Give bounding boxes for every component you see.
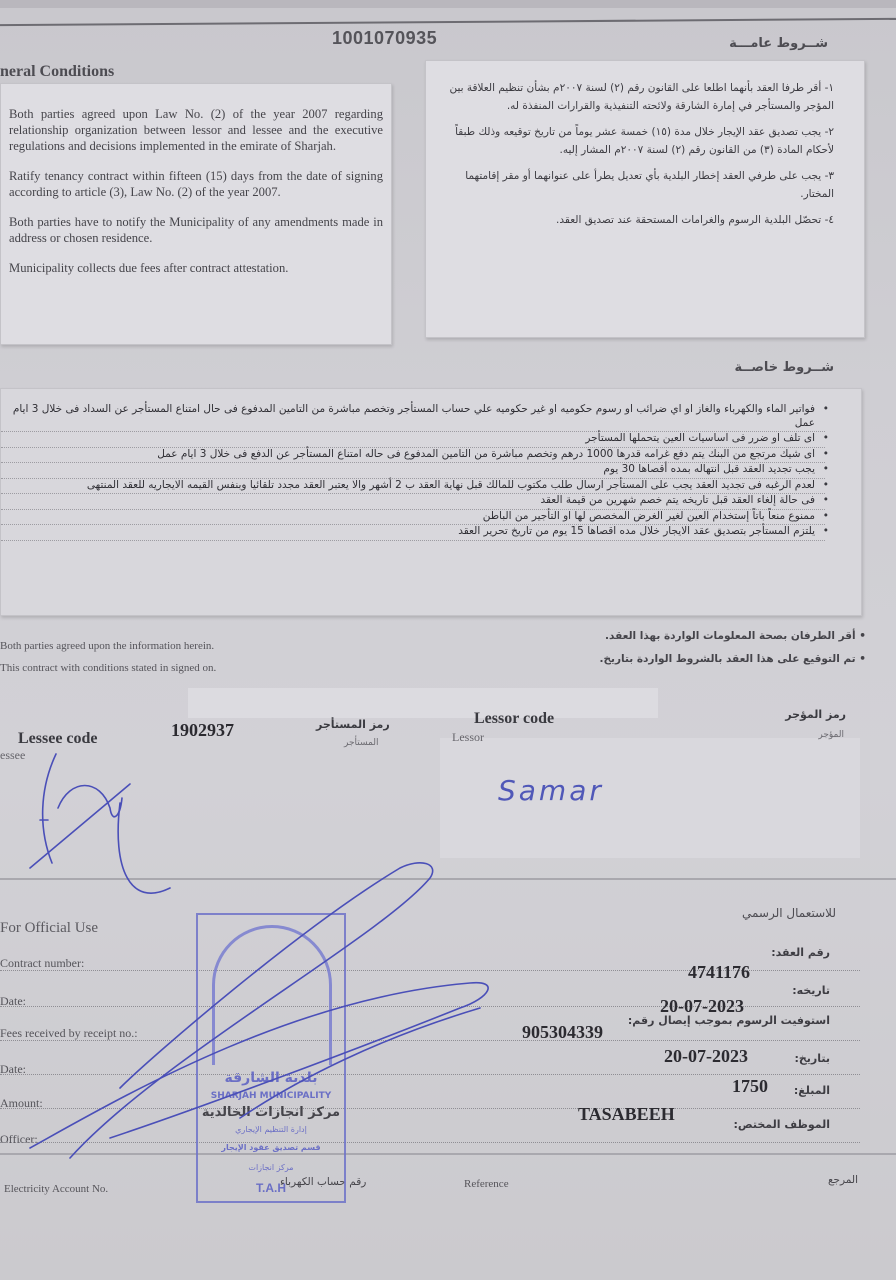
electricity-account-label: Electricity Account No. — [4, 1183, 108, 1195]
general-condition-en-4: Municipality collects due fees after con… — [9, 260, 383, 276]
reference-label: Reference — [464, 1178, 509, 1190]
contract-number-value: 4741176 — [688, 962, 750, 983]
dotted-line — [0, 1074, 860, 1075]
lessee-label: essee — [0, 748, 25, 763]
general-condition-ar-3: ٣- يجب على طرفي العقد إخطار البلدية بأي … — [436, 167, 834, 203]
official-use-fields: Contract number: رقم العقد: 4741176 Date… — [0, 940, 896, 1150]
fee-date-value: 20-07-2023 — [664, 1046, 748, 1067]
receipt-number-label-ar: استوفيت الرسوم بموجب إيصال رقم: — [628, 1014, 830, 1027]
special-condition-item: اى تلف او ضرر فى اساسيات العين يتحملها ا… — [1, 432, 825, 448]
general-condition-ar-1: ١- أقر طرفا العقد بأنهما اطلعا على القان… — [436, 79, 834, 115]
special-condition-item: فواتير الماء والكهرباء والغاز او اي ضرائ… — [1, 403, 825, 432]
special-condition-item: ممنوع منعاً باتاً إستخدام العين لغير الغ… — [1, 510, 825, 526]
agreement-line-1-en: Both parties agreed upon the information… — [0, 640, 214, 652]
lessee-code-value: 1902937 — [171, 720, 234, 741]
lessor-label: Lessor — [452, 730, 484, 745]
contract-date-label-ar: تاريخه: — [792, 984, 830, 997]
agreement-line-2-en: This contract with conditions stated in … — [0, 662, 216, 674]
stamp-line-en: SHARJAH MUNICIPALITY — [198, 1091, 344, 1101]
general-condition-en-3: Both parties have to notify the Municipa… — [9, 214, 383, 246]
receipt-number-value: 905304339 — [522, 1022, 603, 1043]
amount-value: 1750 — [732, 1076, 768, 1097]
officer-label: Officer: — [0, 1132, 38, 1147]
top-edge-line — [0, 18, 896, 26]
agreement-line-2-ar: • تم التوقيع على هذا العقد بالشروط الوار… — [599, 653, 866, 665]
special-condition-item: يجب تجديد العقد قبل انتهاله بمده أقصاها … — [1, 463, 825, 479]
general-conditions-title-en: neral Conditions — [0, 63, 114, 81]
lessor-code-label-ar: رمز المؤجر — [785, 708, 846, 721]
officer-value: TASABEEH — [578, 1104, 675, 1125]
stamp-line-ar-4: قسم تصديق عقود الإيجار — [198, 1143, 344, 1152]
municipality-stamp: بلدية الشارقة SHARJAH MUNICIPALITY مركز … — [196, 913, 346, 1203]
general-condition-en-1: Both parties agreed upon Law No. (2) of … — [9, 106, 383, 154]
stamp-initials: T.A.H — [198, 1181, 344, 1195]
lessor-signature: Samar — [498, 774, 604, 807]
reference-label-ar: المرجع — [828, 1174, 858, 1186]
general-conditions-en-box: Both parties agreed upon Law No. (2) of … — [0, 83, 392, 345]
section-divider — [0, 1153, 896, 1155]
contract-page: 1001070935 neral Conditions شــروط عامــ… — [0, 8, 896, 1280]
officer-label-ar: الموظف المختص: — [733, 1118, 830, 1131]
general-conditions-ar-box: ١- أقر طرفا العقد بأنهما اطلعا على القان… — [425, 60, 865, 338]
receipt-number-label: Fees received by receipt no.: — [0, 1026, 138, 1041]
general-condition-ar-2: ٢- يجب تصديق عقد الإيجار خلال مدة (١٥) خ… — [436, 123, 834, 159]
official-use-title-en: For Official Use — [0, 920, 98, 937]
dotted-line — [0, 1040, 860, 1041]
stamp-line-ar-3: إدارة التنظيم الإيجاري — [198, 1125, 344, 1134]
agreement-line-1-ar: • أقر الطرفان بصحة المعلومات الواردة بهذ… — [605, 630, 866, 642]
general-conditions-title-ar: شــروط عامـــة — [729, 36, 828, 51]
stamp-line-ar-2: مركز انجازات الخالدية — [198, 1105, 344, 1120]
amount-label-ar: المبلغ: — [794, 1084, 830, 1097]
special-conditions-list: فواتير الماء والكهرباء والغاز او اي ضرائ… — [1, 403, 825, 541]
highlight-strip — [188, 688, 658, 718]
dotted-line — [0, 1142, 860, 1143]
stamp-arch-icon — [212, 925, 332, 1065]
special-condition-item: اى شيك مرتجع من البنك يتم دفع غرامه قدره… — [1, 448, 825, 464]
contract-number-label: Contract number: — [0, 956, 84, 971]
special-condition-item: يلتزم المستأجر بتصديق عقد الايجار خلال م… — [1, 525, 825, 541]
general-condition-ar-4: ٤- تحصّل البلدية الرسوم والغرامات المستح… — [436, 211, 834, 229]
general-condition-en-2: Ratify tenancy contract within fifteen (… — [9, 168, 383, 200]
special-condition-item: فى حالة إلغاء العقد قبل تاريخه يتم خصم ش… — [1, 494, 825, 510]
special-conditions-title-ar: شــروط خاصــة — [735, 360, 834, 375]
lessee-code-label: Lessee code — [18, 730, 98, 748]
stamp-line-ar-5: مركز انجازات — [198, 1163, 344, 1172]
lessee-code-label-ar: رمز المستأجر — [316, 718, 390, 731]
lessor-label-ar: المؤجر — [818, 730, 844, 740]
lessee-label-ar: المستأجر — [344, 738, 378, 748]
official-use-title-ar: للاستعمال الرسمي — [742, 906, 836, 920]
section-divider — [0, 878, 896, 880]
fee-date-label-ar: بتاريخ: — [794, 1052, 830, 1065]
lessor-code-label: Lessor code — [474, 710, 554, 728]
document-number: 1001070935 — [332, 28, 437, 49]
special-condition-item: لعدم الرغبه فى تجديد العقد يجب على المست… — [1, 479, 825, 495]
stamp-line-ar-1: بلدية الشارقة — [198, 1070, 344, 1086]
dotted-line — [0, 1108, 860, 1109]
contract-number-label-ar: رقم العقد: — [771, 946, 830, 959]
special-conditions-box: فواتير الماء والكهرباء والغاز او اي ضرائ… — [0, 388, 862, 616]
